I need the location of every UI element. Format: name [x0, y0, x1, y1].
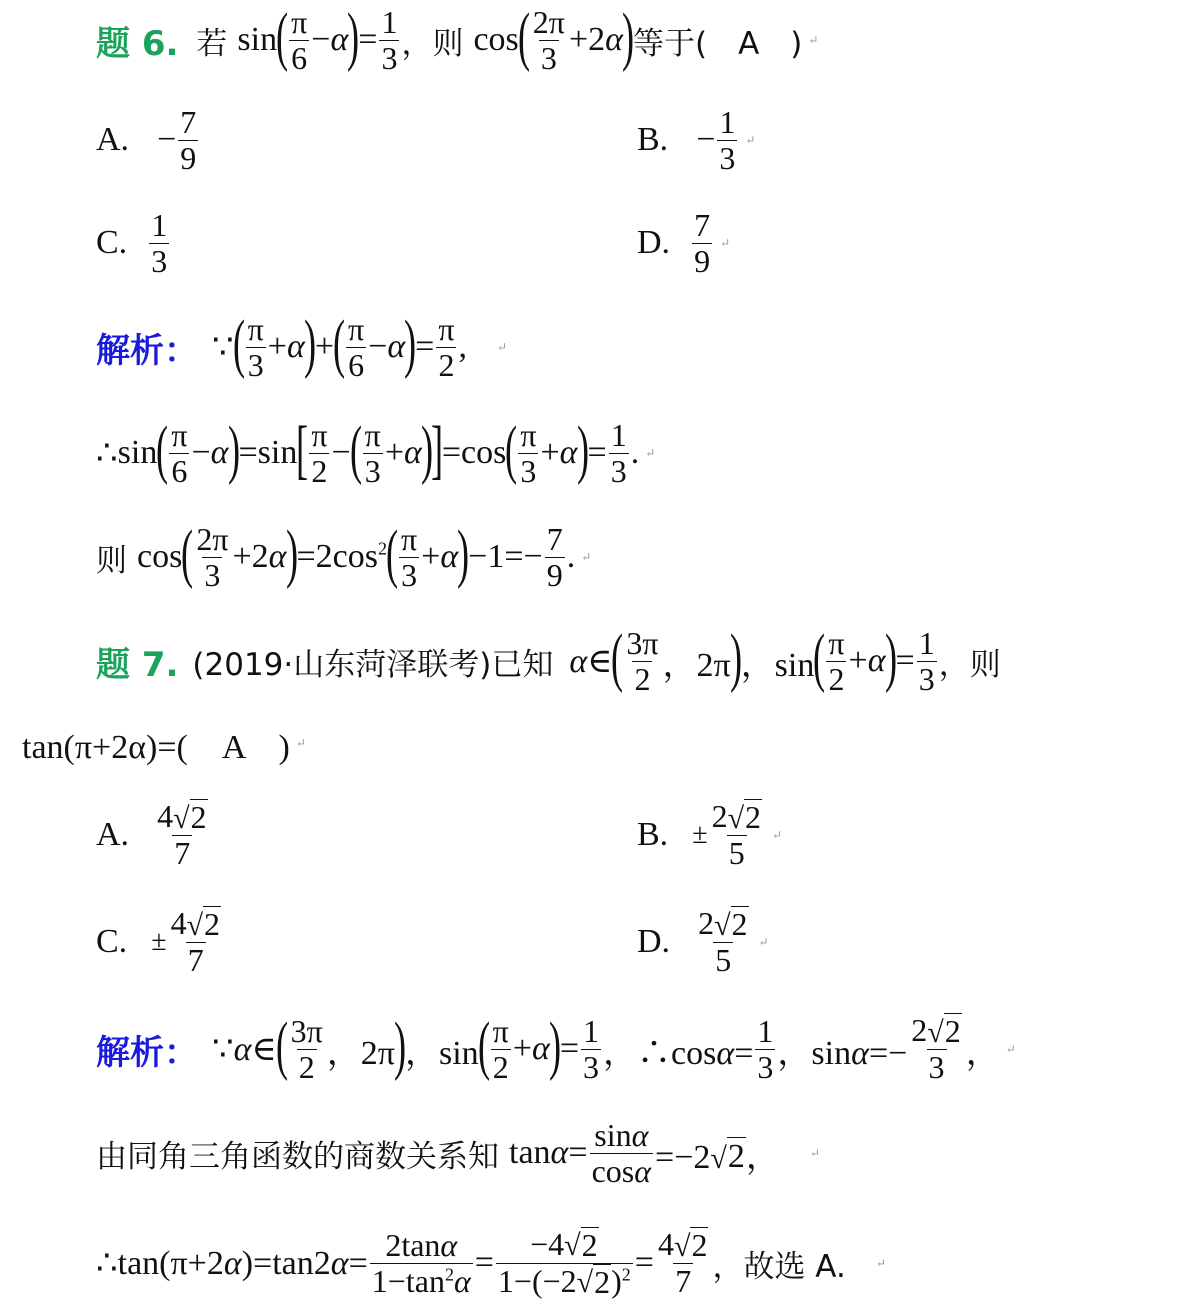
q6-option-c: C. 13: [96, 198, 171, 288]
q6-analysis-line-3: 则cos (2π3+2α) =2cos2 (π3+α) −1=−79. ↵: [96, 512, 591, 602]
q7-option-d: D. 2√25 ↵: [637, 897, 769, 987]
paragraph-mark-icon: ↵: [876, 1256, 886, 1271]
fraction: 13: [379, 5, 399, 75]
paragraph-mark-icon: ↵: [759, 935, 769, 950]
q7-label: 题 7.: [96, 637, 178, 686]
paragraph-mark-icon: ↵: [810, 1146, 820, 1161]
q7-analysis-line-1: 解析： ∵α∈ (3π2，2π) ，sin (π2+α) =13 ，∴cosα=…: [96, 1004, 1016, 1094]
q7-source: (2019·山东菏泽联考)已知: [192, 639, 553, 684]
q7-option-c: C. ± 4√27: [96, 897, 225, 987]
fraction: 13: [149, 208, 169, 278]
analysis-label: 解析：: [96, 1025, 198, 1074]
math-sin: sin: [237, 21, 277, 59]
q6-tail: 等于( A ): [633, 18, 802, 63]
q7-option-a: A. 4√27: [96, 790, 212, 880]
fraction: 79: [178, 105, 198, 175]
q6-analysis-line-2: ∴sin (π6−α) =sin [π2− (π3+α)] =cos (π3+α…: [96, 408, 655, 498]
paragraph-mark-icon: ↵: [720, 236, 730, 251]
paragraph-mark-icon: ↵: [745, 133, 755, 148]
paragraph-mark-icon: ↵: [497, 340, 507, 355]
paragraph-mark-icon: ↵: [808, 33, 818, 48]
q7-analysis-line-3: ∴tan(π+2α)=tan2α= 2tanα1−tan2α = −4√21−(…: [96, 1218, 886, 1308]
paragraph-mark-icon: ↵: [645, 446, 655, 461]
paragraph-mark-icon: ↵: [772, 828, 782, 843]
fraction: 2π3: [531, 5, 567, 75]
q6-option-a: A. − 79: [96, 95, 200, 185]
q6-text: 若: [196, 18, 227, 63]
q7-analysis-line-2: 由同角三角函数的商数关系知 tanα= sinαcosα =−2√2， ↵: [96, 1108, 820, 1198]
q6-label: 题 6.: [96, 16, 178, 65]
q7-stem-line-2: tan(π+2α)=( A ) ↵: [22, 698, 306, 788]
fraction: 13: [717, 105, 737, 175]
q6-option-d: D. 79 ↵: [637, 198, 730, 288]
analysis-label: 解析：: [96, 323, 198, 372]
q7-stem-line-1: 题 7. (2019·山东菏泽联考)已知 α∈ (3π2，2π) ，sin (π…: [96, 616, 1001, 706]
q6-option-b: B. − 13 ↵: [637, 95, 755, 185]
fraction: 79: [692, 208, 712, 278]
fraction: π6: [289, 5, 309, 75]
q7-option-b: B. ± 2√25 ↵: [637, 790, 782, 880]
paragraph-mark-icon: ↵: [1006, 1042, 1016, 1057]
q6-analysis-line-1: 解析： ∵ (π3+α) + (π6−α) =π2, ↵: [96, 302, 507, 392]
paragraph-mark-icon: ↵: [296, 736, 306, 751]
paragraph-mark-icon: ↵: [581, 550, 591, 565]
q6-stem: 题 6. 若 sin ( π6 −α ) = 13 ，则 cos ( 2π3 +…: [96, 0, 818, 85]
